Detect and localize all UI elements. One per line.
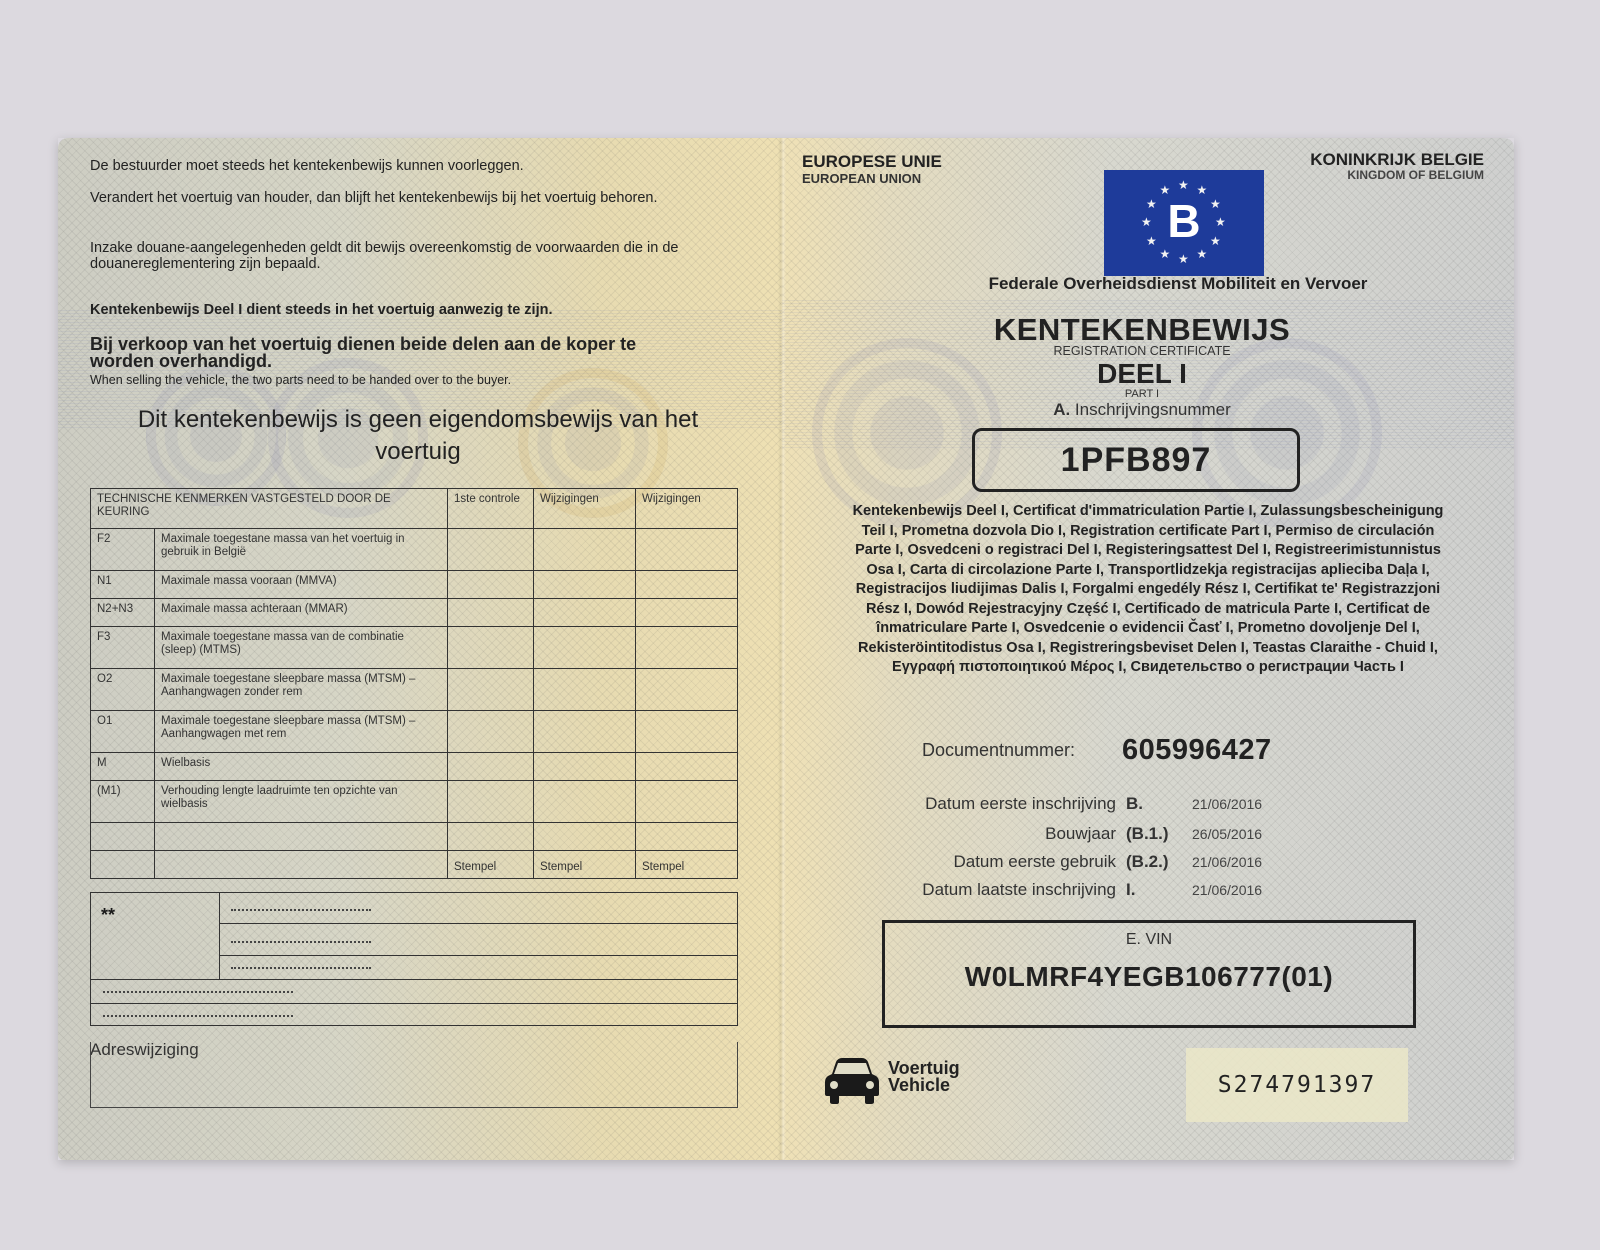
row-code: O2 bbox=[91, 669, 155, 711]
star-icon: ★ bbox=[1146, 198, 1157, 210]
table-header-changes: Wijzigingen bbox=[636, 489, 738, 529]
row-value-cell bbox=[636, 753, 738, 781]
table-row: N1Maximale massa vooraan (MMVA) bbox=[91, 571, 738, 599]
table-row: N2+N3Maximale massa achteraan (MMAR) bbox=[91, 599, 738, 627]
row-label: Maximale toegestane massa van de combina… bbox=[155, 627, 448, 669]
row-code: N2+N3 bbox=[91, 599, 155, 627]
row-value-cell bbox=[534, 627, 636, 669]
row-value-cell bbox=[636, 711, 738, 753]
row-code: O1 bbox=[91, 711, 155, 753]
serial-number: S274791397 bbox=[1186, 1048, 1408, 1122]
row-code bbox=[91, 823, 155, 851]
remarks-line bbox=[231, 909, 371, 912]
row-value-cell bbox=[448, 571, 534, 599]
star-icon: ★ bbox=[1178, 253, 1189, 265]
row-label: Maximale toegestane massa van het voertu… bbox=[155, 529, 448, 571]
star-icon: ★ bbox=[1160, 184, 1171, 196]
page-fold bbox=[778, 138, 786, 1160]
remarks-line bbox=[103, 991, 293, 994]
technical-characteristics-table: TECHNISCHE KENMERKEN VASTGESTELD DOOR DE… bbox=[90, 488, 738, 879]
row-value-cell bbox=[636, 627, 738, 669]
right-page: EUROPESE UNIE EUROPEAN UNION KONINKRIJK … bbox=[782, 138, 1514, 1160]
row-value-cell bbox=[448, 753, 534, 781]
row-value-cell bbox=[448, 711, 534, 753]
remarks-line bbox=[103, 1015, 293, 1018]
registration-certificate: De bestuurder moet steeds het kentekenbe… bbox=[58, 138, 1514, 1160]
table-row: F2Maximale toegestane massa van het voer… bbox=[91, 529, 738, 571]
date-label: Datum eerste gebruik bbox=[953, 852, 1116, 872]
table-row: MWielbasis bbox=[91, 753, 738, 781]
star-icon: ★ bbox=[1160, 248, 1171, 260]
registration-number-text: Inschrijvingsnummer bbox=[1075, 400, 1231, 419]
date-row: Datum eerste gebruik bbox=[782, 852, 1116, 874]
document-number: 605996427 bbox=[1122, 734, 1272, 767]
flag-country-letter: B bbox=[1104, 196, 1264, 246]
date-row: Datum laatste inschrijving bbox=[782, 880, 1116, 902]
row-value-cell bbox=[636, 599, 738, 627]
row-label bbox=[155, 823, 448, 851]
row-value-cell bbox=[534, 599, 636, 627]
star-icon: ★ bbox=[1146, 235, 1157, 247]
star-icon: ★ bbox=[1210, 235, 1221, 247]
vin-number: W0LMRF4YEGB106777(01) bbox=[885, 961, 1413, 993]
eu-title: EUROPESE UNIE bbox=[802, 152, 942, 172]
row-code: N1 bbox=[91, 571, 155, 599]
row-value-cell bbox=[448, 823, 534, 851]
part-title: DEEL I bbox=[872, 360, 1412, 388]
row-value-cell bbox=[448, 529, 534, 571]
star-icon: ★ bbox=[1141, 216, 1152, 228]
table-row bbox=[91, 823, 738, 851]
row-value-cell bbox=[534, 823, 636, 851]
row-value-cell bbox=[636, 669, 738, 711]
date-code: B. bbox=[1126, 794, 1143, 814]
authority-name: Federale Overheidsdienst Mobiliteit en V… bbox=[782, 274, 1514, 294]
row-value-cell bbox=[636, 571, 738, 599]
vehicle-label-en: Vehicle bbox=[888, 1077, 960, 1094]
remarks-box: ** bbox=[90, 892, 738, 1026]
table-header-changes: Wijzigingen bbox=[534, 489, 636, 529]
stamp-label: Stempel bbox=[534, 851, 636, 879]
table-header-row: TECHNISCHE KENMERKEN VASTGESTELD DOOR DE… bbox=[91, 489, 738, 529]
star-icon: ★ bbox=[1197, 248, 1208, 260]
row-value-cell bbox=[534, 753, 636, 781]
row-label: Maximale massa achteraan (MMAR) bbox=[155, 599, 448, 627]
table-row: (M1)Verhouding lengte laadruimte ten opz… bbox=[91, 781, 738, 823]
address-change-box bbox=[90, 1042, 738, 1108]
eu-subtitle: EUROPEAN UNION bbox=[802, 171, 921, 186]
row-value-cell bbox=[448, 627, 534, 669]
row-value-cell bbox=[534, 529, 636, 571]
ownership-notice: Dit kentekenbewijs is geen eigendomsbewi… bbox=[118, 404, 718, 468]
star-icon: ★ bbox=[1178, 179, 1189, 191]
star-icon: ★ bbox=[1197, 184, 1208, 196]
row-value-cell bbox=[636, 781, 738, 823]
date-value: 26/05/2016 bbox=[1192, 826, 1262, 842]
date-value: 21/06/2016 bbox=[1192, 796, 1262, 812]
row-label: Maximale toegestane sleepbare massa (MTS… bbox=[155, 711, 448, 753]
sale-notice-en: When selling the vehicle, the two parts … bbox=[90, 372, 750, 388]
table-header-first-check: 1ste controle bbox=[448, 489, 534, 529]
left-page: De bestuurder moet steeds het kentekenbe… bbox=[58, 138, 782, 1160]
date-value: 21/06/2016 bbox=[1192, 882, 1262, 898]
row-label: Verhouding lengte laadruimte ten opzicht… bbox=[155, 781, 448, 823]
date-label: Datum eerste inschrijving bbox=[925, 794, 1116, 814]
document-title-en: REGISTRATION CERTIFICATE bbox=[872, 344, 1412, 358]
star-icon: ★ bbox=[1215, 216, 1226, 228]
date-label: Bouwjaar bbox=[1045, 824, 1116, 844]
vin-box: E. VIN W0LMRF4YEGB106777(01) bbox=[882, 920, 1416, 1028]
kingdom-title: KONINKRIJK BELGIE bbox=[1310, 150, 1484, 170]
vin-label: E. VIN bbox=[885, 931, 1413, 949]
document-title: KENTEKENBEWIJS bbox=[872, 314, 1412, 346]
date-code: I. bbox=[1126, 880, 1135, 900]
row-value-cell bbox=[534, 669, 636, 711]
row-label: Wielbasis bbox=[155, 753, 448, 781]
table-row: O1Maximale toegestane sleepbare massa (M… bbox=[91, 711, 738, 753]
date-label: Datum laatste inschrijving bbox=[922, 880, 1116, 900]
row-value-cell bbox=[636, 529, 738, 571]
part-title-en: PART I bbox=[872, 388, 1412, 400]
table-row: O2Maximale toegestane sleepbare massa (M… bbox=[91, 669, 738, 711]
registration-number: 1PFB897 bbox=[972, 428, 1300, 492]
row-value-cell bbox=[534, 571, 636, 599]
instruction-3: Inzake douane-aangelegenheden geldt dit … bbox=[90, 240, 750, 272]
sale-notice: Bij verkoop van het voertuig dienen beid… bbox=[90, 336, 690, 370]
row-value-cell bbox=[534, 711, 636, 753]
date-row: Datum eerste inschrijving bbox=[782, 794, 1116, 816]
row-code: F2 bbox=[91, 529, 155, 571]
eu-flag-icon: B ★★★★★★★★★★★★ bbox=[1104, 170, 1264, 276]
star-icon: ★ bbox=[1210, 198, 1221, 210]
date-row: Bouwjaar bbox=[782, 824, 1116, 846]
row-label: Maximale massa vooraan (MMVA) bbox=[155, 571, 448, 599]
multilingual-title-list: Kentekenbewijs Deel I, Certificat d'imma… bbox=[848, 502, 1448, 678]
row-code: (M1) bbox=[91, 781, 155, 823]
registration-number-code: A. bbox=[1053, 400, 1070, 419]
registration-number-label: A. Inschrijvingsnummer bbox=[872, 400, 1412, 420]
instruction-2: Verandert het voertuig van houder, dan b… bbox=[90, 190, 700, 206]
stamp-row: StempelStempelStempel bbox=[91, 851, 738, 879]
table-row: F3Maximale toegestane massa van de combi… bbox=[91, 627, 738, 669]
instruction-1: De bestuurder moet steeds het kentekenbe… bbox=[90, 158, 750, 174]
row-label: Maximale toegestane sleepbare massa (MTS… bbox=[155, 669, 448, 711]
row-value-cell bbox=[448, 599, 534, 627]
date-code: (B.1.) bbox=[1126, 824, 1169, 844]
table-header-characteristics: TECHNISCHE KENMERKEN VASTGESTELD DOOR DE… bbox=[91, 489, 448, 529]
car-icon bbox=[824, 1056, 880, 1104]
row-value-cell bbox=[534, 781, 636, 823]
must-be-in-vehicle-notice: Kentekenbewijs Deel I dient steeds in he… bbox=[90, 302, 750, 318]
date-code: (B.2.) bbox=[1126, 852, 1169, 872]
vehicle-label: Voertuig Vehicle bbox=[888, 1060, 960, 1094]
document-number-label: Documentnummer: bbox=[922, 740, 1075, 761]
remarks-line bbox=[231, 941, 371, 944]
row-code: F3 bbox=[91, 627, 155, 669]
stamp-label: Stempel bbox=[448, 851, 534, 879]
remarks-stars: ** bbox=[101, 905, 115, 926]
stamp-label: Stempel bbox=[636, 851, 738, 879]
row-value-cell bbox=[448, 669, 534, 711]
date-value: 21/06/2016 bbox=[1192, 854, 1262, 870]
row-value-cell bbox=[636, 823, 738, 851]
row-value-cell bbox=[448, 781, 534, 823]
kingdom-subtitle: KINGDOM OF BELGIUM bbox=[1347, 168, 1484, 182]
remarks-line bbox=[231, 967, 371, 970]
row-code: M bbox=[91, 753, 155, 781]
